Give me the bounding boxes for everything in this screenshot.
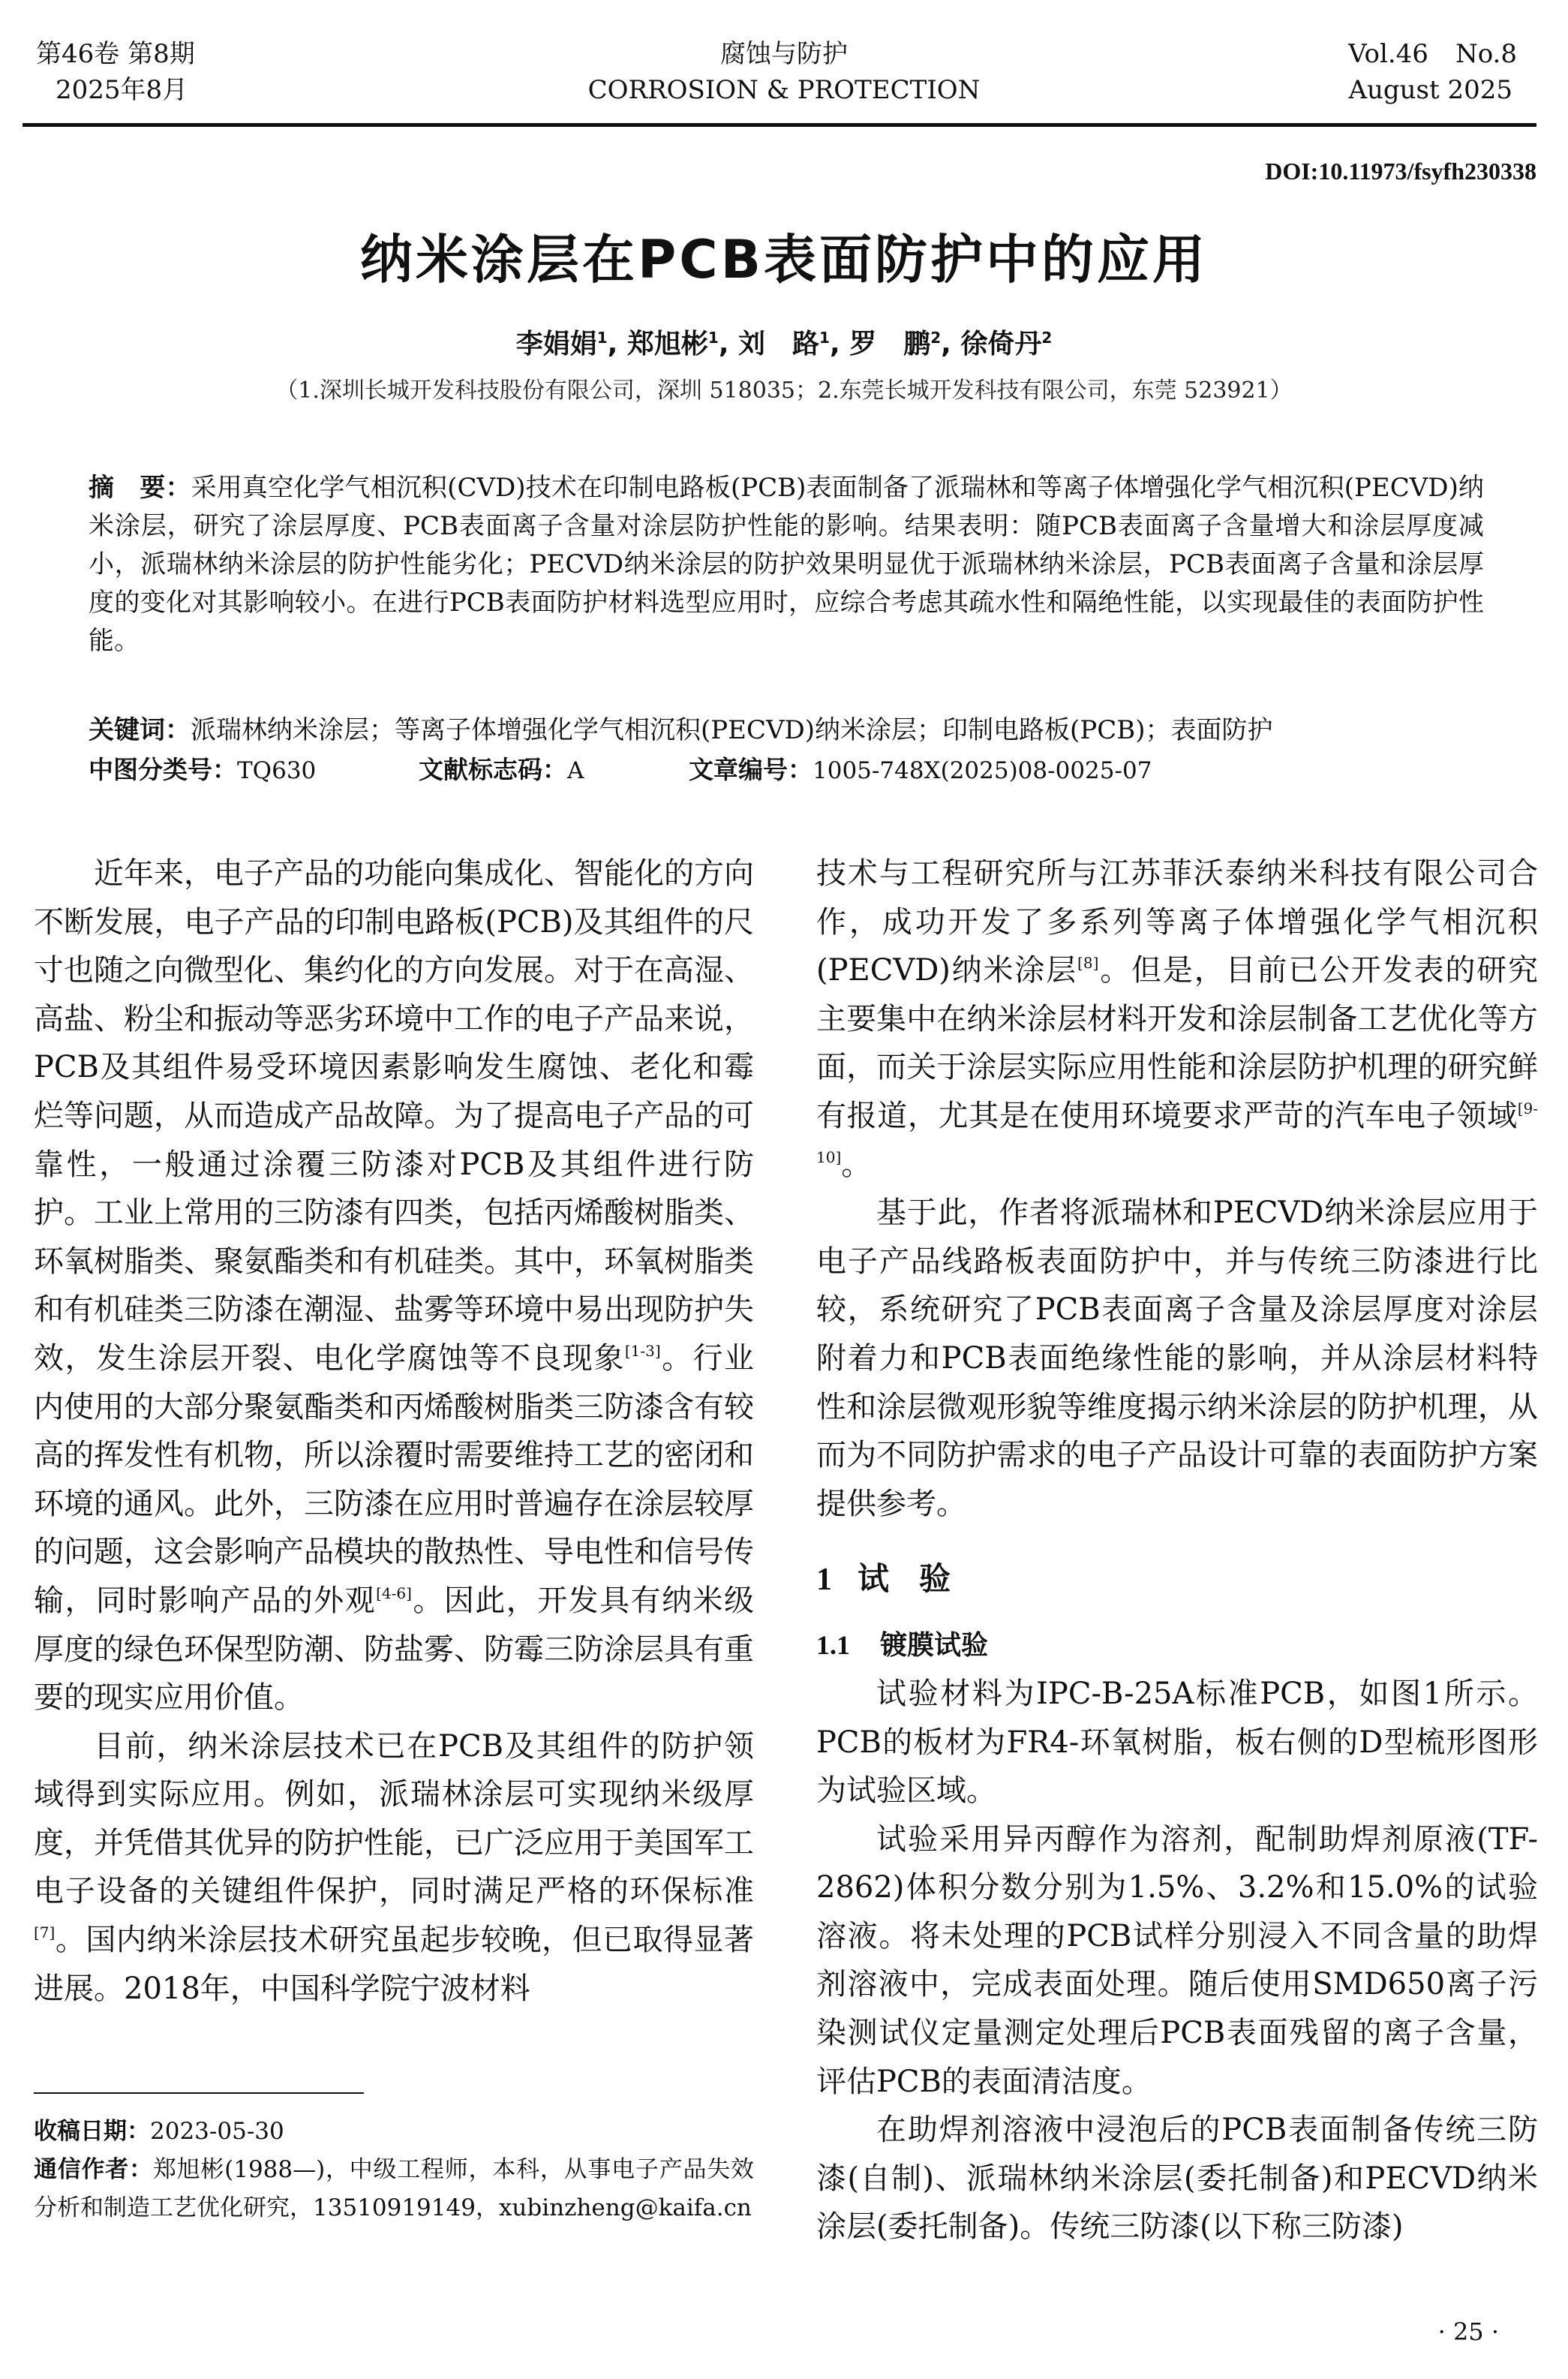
page-number: · 25 · bbox=[1438, 2317, 1499, 2346]
abstract-text: 采用真空化学气相沉积(CVD)技术在印制电路板(PCB)表面制备了派瑞林和等离子… bbox=[89, 473, 1484, 656]
volume-en: Vol.46 bbox=[1348, 36, 1428, 72]
paragraph: 技术与工程研究所与江苏菲沃泰纳米科技有限公司合作，成功开发了多系列等离子体增强化… bbox=[816, 850, 1538, 1189]
subsection-heading-1-1: 1.1镀膜试验 bbox=[816, 1621, 1538, 1670]
issue-date-en: August 2025 bbox=[1321, 72, 1517, 108]
citation[interactable]: [8] bbox=[1077, 954, 1098, 972]
paragraph: 在助焊剂溶液中浸泡后的PCB表面制备传统三防漆(自制)、派瑞林纳米涂层(委托制备… bbox=[816, 2106, 1538, 2251]
classification-line: 中图分类号：TQ630文献标志码：A文章编号：1005-748X(2025)08… bbox=[89, 750, 1484, 790]
header-rule bbox=[23, 123, 1536, 127]
doi[interactable]: DOI:10.11973/fsyfh230338 bbox=[1265, 158, 1536, 185]
citation[interactable]: [7] bbox=[34, 1923, 55, 1941]
author-list: 李娟娟1, 郑旭彬1, 刘 路1, 罗 鹏2, 徐倚丹2 bbox=[0, 323, 1568, 361]
affiliations: （1.深圳长城开发科技股份有限公司，深圳 518035；2.东莞长城开发科技有限… bbox=[0, 371, 1568, 405]
paragraph: 近年来，电子产品的功能向集成化、智能化的方向不断发展，电子产品的印制电路板(PC… bbox=[34, 850, 754, 1722]
footnote: 收稿日期：2023-05-30 通信作者：郑旭彬(1988—)，中级工程师，本科… bbox=[34, 2113, 754, 2227]
article-number: 文章编号：1005-748X(2025)08-0025-07 bbox=[689, 750, 1152, 790]
author: 罗 鹏2 bbox=[849, 329, 941, 359]
author: 李娟娟1 bbox=[516, 329, 608, 359]
clc-number: 中图分类号：TQ630 bbox=[89, 750, 419, 790]
keywords: 关键词：派瑞林纳米涂层；等离子体增强化学气相沉积(PECVD)纳米涂层；印制电路… bbox=[89, 711, 1484, 750]
footnote-rule bbox=[34, 2092, 364, 2094]
body-column-left: 近年来，电子产品的功能向集成化、智能化的方向不断发展，电子产品的印制电路板(PC… bbox=[34, 850, 754, 2013]
keywords-text: 派瑞林纳米涂层；等离子体增强化学气相沉积(PECVD)纳米涂层；印制电路板(PC… bbox=[191, 715, 1272, 745]
section-heading-1: 1试验 bbox=[816, 1555, 1538, 1605]
document-code: 文献标志码：A bbox=[419, 750, 689, 790]
paragraph: 试验采用异丙醇作为溶剂，配制助焊剂原液(TF-2862)体积分数分别为1.5%、… bbox=[816, 1815, 1538, 2107]
paragraph: 试验材料为IPC-B-25A标准PCB，如图1所示。PCB的板材为FR4-环氧树… bbox=[816, 1670, 1538, 1815]
citation[interactable]: [4-6] bbox=[376, 1584, 412, 1602]
abstract: 摘 要：采用真空化学气相沉积(CVD)技术在印制电路板(PCB)表面制备了派瑞林… bbox=[89, 469, 1484, 660]
author: 徐倚丹2 bbox=[960, 329, 1052, 359]
keywords-label: 关键词： bbox=[89, 715, 191, 745]
received-date: 收稿日期：2023-05-30 bbox=[34, 2113, 754, 2151]
corresponding-author: 通信作者：郑旭彬(1988—)，中级工程师，本科，从事电子产品失效分析和制造工艺… bbox=[34, 2151, 754, 2227]
paragraph: 基于此，作者将派瑞林和PECVD纳米涂层应用于电子产品线路板表面防护中，并与传统… bbox=[816, 1189, 1538, 1528]
running-header-right: Vol.46No.8 August 2025 bbox=[1321, 36, 1517, 108]
issue-no-en: No.8 bbox=[1455, 36, 1517, 72]
author: 郑旭彬1 bbox=[627, 329, 719, 359]
body-column-right: 技术与工程研究所与江苏菲沃泰纳米科技有限公司合作，成功开发了多系列等离子体增强化… bbox=[816, 850, 1538, 2251]
paragraph: 目前，纳米涂层技术已在PCB及其组件的防护领域得到实际应用。例如，派瑞林涂层可实… bbox=[34, 1722, 754, 2014]
abstract-label: 摘 要： bbox=[89, 473, 191, 503]
citation[interactable]: [1-3] bbox=[625, 1342, 661, 1360]
article-title: 纳米涂层在PCB表面防护中的应用 bbox=[0, 218, 1568, 293]
author: 刘 路1 bbox=[738, 329, 830, 359]
